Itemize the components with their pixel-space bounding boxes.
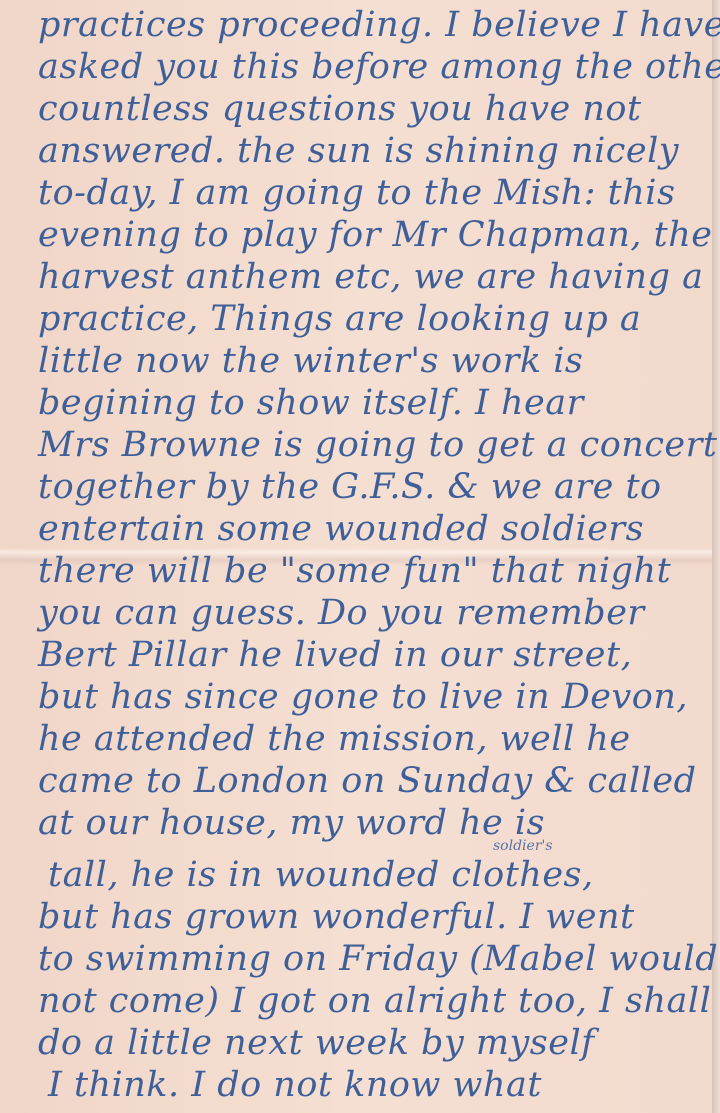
letter-line: harvest anthem etc, we are having a: [38, 257, 704, 297]
letter-line: begining to show itself. I hear: [38, 383, 584, 423]
letter-line: at our house, my word he is: [38, 803, 545, 843]
letter-line: but has since gone to live in Devon,: [38, 677, 688, 717]
letter-line: answered. the sun is shining nicely: [38, 131, 679, 171]
letter-line: but has grown wonderful. I went: [38, 897, 635, 937]
letter-line: do a little next week by myself: [38, 1023, 595, 1063]
letter-line: tall, he is in wounded clothes,: [48, 855, 594, 895]
letter-line: came to London on Sunday & called: [38, 761, 696, 801]
letter-line: to swimming on Friday (Mabel would: [38, 939, 718, 979]
letter-line: practice, Things are looking up a: [38, 299, 641, 339]
letter-line: there will be "some fun" that night: [38, 551, 671, 591]
letter-line: practices proceeding. I believe I have: [38, 5, 720, 45]
letter-line: he attended the mission, well he: [38, 719, 631, 759]
letter-line: little now the winter's work is: [38, 341, 583, 381]
letter-line: together by the G.F.S. & we are to: [38, 467, 662, 507]
inserted-word: soldier's: [493, 838, 553, 854]
letter-line: I think. I do not know what: [48, 1065, 542, 1105]
letter-line: not come) I got on alright too, I shall: [38, 981, 711, 1021]
letter-line: entertain some wounded soldiers: [38, 509, 644, 549]
letter-line: evening to play for Mr Chapman, the: [38, 215, 712, 255]
letter-line: to-day, I am going to the Mish: this: [38, 173, 675, 213]
letter-line: Bert Pillar he lived in our street,: [38, 635, 632, 675]
letter-line: countless questions you have not: [38, 89, 642, 129]
letter-line: asked you this before among the other: [38, 47, 720, 87]
letter-line: you can guess. Do you remember: [38, 593, 645, 633]
letter-line: Mrs Browne is going to get a concert: [38, 425, 717, 465]
